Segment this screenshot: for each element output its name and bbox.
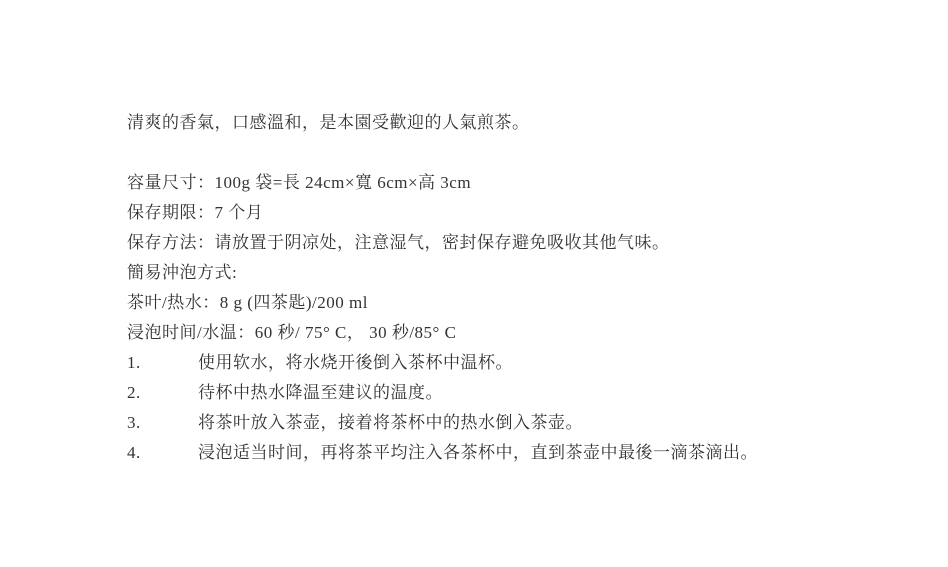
step-number: 1.: [127, 348, 198, 378]
step-number: 3.: [127, 408, 198, 438]
detail-line-brewing-heading: 簡易沖泡方式:: [127, 258, 917, 288]
detail-line-tea-water-ratio: 茶叶/热水：8 g (四茶匙)/200 ml: [127, 288, 917, 318]
list-item-step-4: 4. 浸泡适当时间，再将茶平均注入各茶杯中，直到茶壶中最後一滴茶滴出。: [127, 438, 917, 468]
detail-line-steep-time-temp: 浸泡时间/水温：60 秒/ 75° C， 30 秒/85° C: [127, 318, 917, 348]
detail-line-capacity: 容量尺寸：100g 袋=長 24cm×寬 6cm×高 3cm: [127, 168, 917, 198]
list-item-step-2: 2. 待杯中热水降温至建议的温度。: [127, 378, 917, 408]
step-text: 浸泡适当时间，再将茶平均注入各茶杯中，直到茶壶中最後一滴茶滴出。: [198, 438, 758, 468]
list-item-step-1: 1. 使用软水，将水烧开後倒入茶杯中温杯。: [127, 348, 917, 378]
step-text: 将茶叶放入茶壶，接着将茶杯中的热水倒入茶壶。: [198, 408, 583, 438]
product-details-block: 容量尺寸：100g 袋=長 24cm×寬 6cm×高 3cm 保存期限：7 个月…: [127, 168, 917, 468]
detail-line-shelf-life: 保存期限：7 个月: [127, 198, 917, 228]
step-text: 待杯中热水降温至建议的温度。: [198, 378, 443, 408]
intro-paragraph: 清爽的香氣，口感溫和，是本園受歡迎的人氣煎茶。: [127, 108, 887, 138]
document-page: 清爽的香氣，口感溫和，是本園受歡迎的人氣煎茶。 容量尺寸：100g 袋=長 24…: [0, 0, 948, 567]
step-number: 4.: [127, 438, 198, 468]
step-text: 使用软水，将水烧开後倒入茶杯中温杯。: [198, 348, 513, 378]
step-number: 2.: [127, 378, 198, 408]
detail-line-storage: 保存方法：请放置于阴凉处，注意湿气，密封保存避免吸收其他气味。: [127, 228, 917, 258]
list-item-step-3: 3. 将茶叶放入茶壶，接着将茶杯中的热水倒入茶壶。: [127, 408, 917, 438]
